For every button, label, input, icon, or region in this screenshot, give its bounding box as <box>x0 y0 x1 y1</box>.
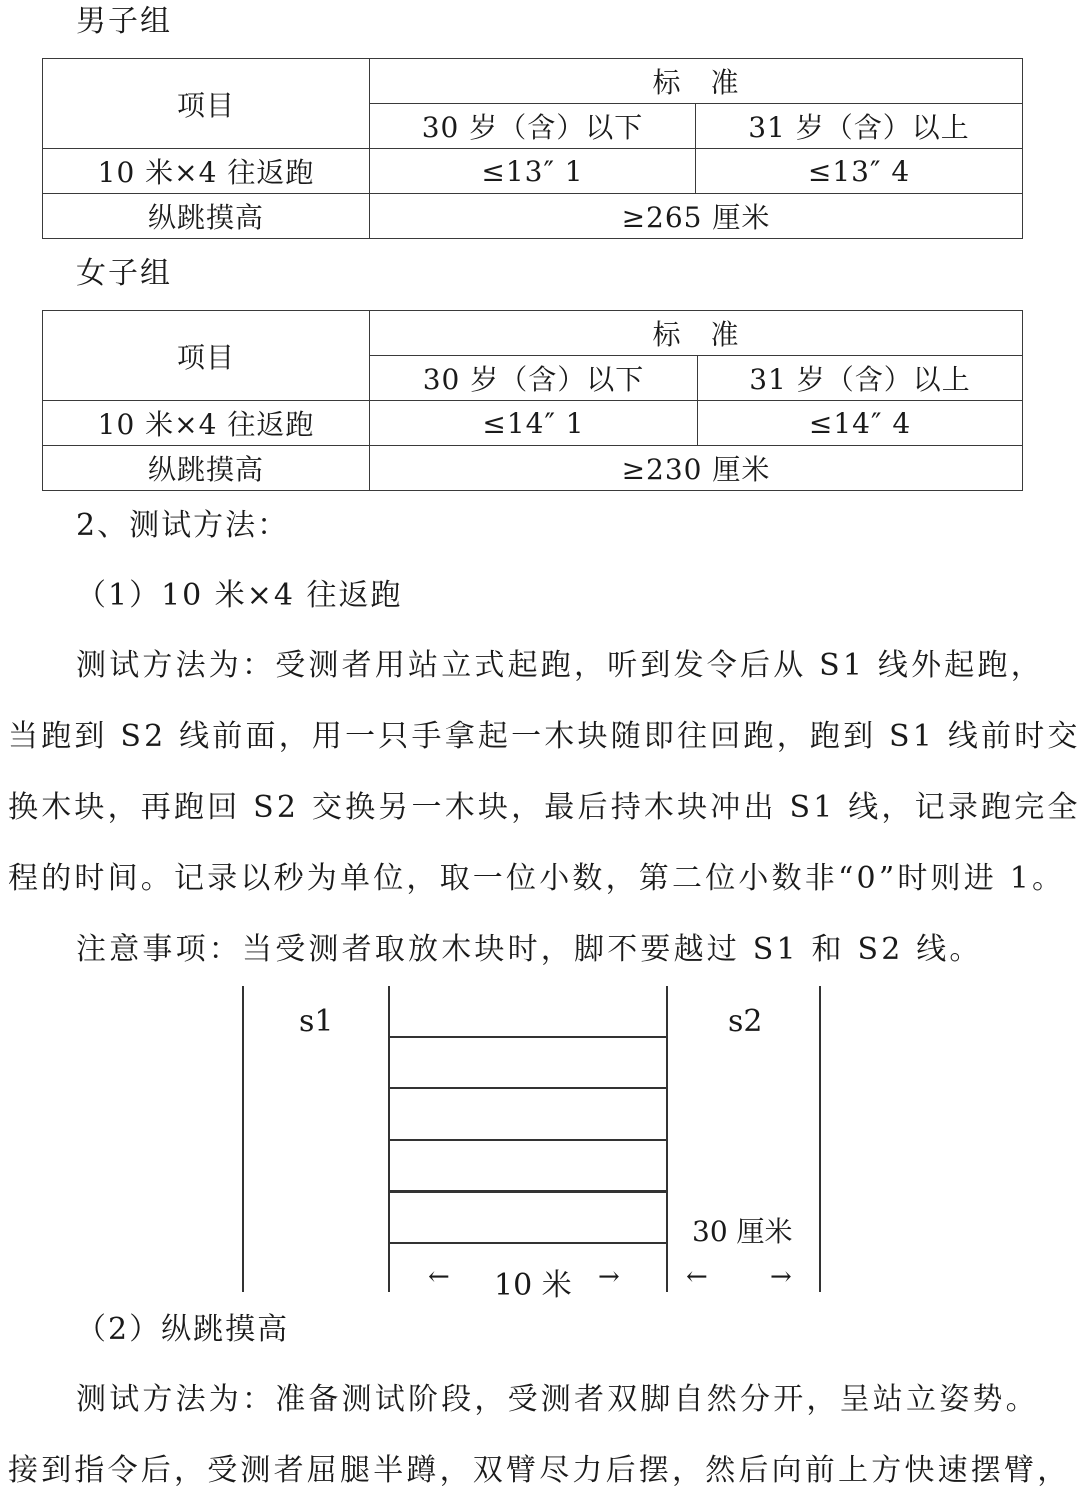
row-all: ≥230 厘米 <box>370 446 1023 491</box>
header-age-under30: 30 岁（含）以下 <box>370 104 696 149</box>
header-age-over31: 31 岁（含）以上 <box>698 356 1023 401</box>
row-over31: ≤13″ 4 <box>696 149 1023 194</box>
lane-line <box>388 1139 667 1141</box>
header-standard: 标 准 <box>370 59 1023 104</box>
male-standards-table: 项目 标 准 30 岁（含）以下 31 岁（含）以上 10 米×4 往返跑 ≤1… <box>42 58 1023 239</box>
lane-line <box>388 1087 667 1089</box>
table-row: 纵跳摸高 ≥265 厘米 <box>43 194 1023 239</box>
table-row: 纵跳摸高 ≥230 厘米 <box>43 446 1023 491</box>
header-item: 项目 <box>43 311 370 401</box>
s1-line <box>388 986 390 1292</box>
table-row: 10 米×4 往返跑 ≤13″ 1 ≤13″ 4 <box>43 149 1023 194</box>
row-item: 10 米×4 往返跑 <box>43 149 370 194</box>
row-over31: ≤14″ 4 <box>698 401 1023 446</box>
paragraph-line: 换木块，再跑回 S2 交换另一木块，最后持木块冲出 S1 线，记录跑完全 <box>8 788 1074 828</box>
lane-line <box>388 1036 667 1038</box>
table-row: 10 米×4 往返跑 ≤14″ 1 ≤14″ 4 <box>43 401 1023 446</box>
lane-line <box>388 1190 667 1193</box>
boundary-line-right <box>819 986 821 1292</box>
distance-10m-label: 10 米 <box>494 1260 572 1304</box>
arrow-left-icon: ← <box>428 1262 450 1292</box>
note-line: 注意事项：当受测者取放木块时，脚不要越过 S1 和 S2 线。 <box>76 930 1080 970</box>
arrow-right-icon: → <box>770 1262 792 1292</box>
distance-30cm-label: 30 厘米 <box>692 1210 793 1250</box>
female-group-title: 女子组 <box>76 254 172 294</box>
lane-line <box>388 1242 667 1244</box>
paragraph-line: 测试方法为：准备测试阶段，受测者双脚自然分开，呈站立姿势。 <box>76 1380 1080 1420</box>
female-standards-table: 项目 标 准 30 岁（含）以下 31 岁（含）以上 10 米×4 往返跑 ≤1… <box>42 310 1023 491</box>
male-group-title: 男子组 <box>76 2 172 42</box>
section-2-title: 2、测试方法： <box>76 506 289 546</box>
row-under30: ≤13″ 1 <box>370 149 696 194</box>
header-age-over31: 31 岁（含）以上 <box>696 104 1023 149</box>
subsection-2-title: （2）纵跳摸高 <box>76 1310 289 1350</box>
paragraph-line: 程的时间。记录以秒为单位，取一位小数，第二位小数非“0”时则进 1。 <box>8 859 1074 899</box>
boundary-line-left <box>242 986 244 1292</box>
subsection-1-title: （1）10 米×4 往返跑 <box>76 576 403 616</box>
row-item: 纵跳摸高 <box>43 446 370 491</box>
row-item: 10 米×4 往返跑 <box>43 401 370 446</box>
row-under30: ≤14″ 1 <box>370 401 698 446</box>
row-item: 纵跳摸高 <box>43 194 370 239</box>
arrow-right-icon: → <box>598 1262 620 1292</box>
s1-label: s1 <box>299 1004 333 1039</box>
paragraph-line: 接到指令后，受测者屈腿半蹲，双臂尽力后摆，然后向前上方快速摆臂， <box>8 1451 1074 1491</box>
paragraph-line: 测试方法为：受测者用站立式起跑，听到发令后从 S1 线外起跑， <box>76 646 1080 686</box>
arrow-left-icon: ← <box>686 1262 708 1292</box>
header-item: 项目 <box>43 59 370 149</box>
paragraph-line: 当跑到 S2 线前面，用一只手拿起一木块随即往回跑，跑到 S1 线前时交 <box>8 717 1074 757</box>
s2-label: s2 <box>728 1004 762 1039</box>
s2-line <box>666 986 668 1292</box>
row-all: ≥265 厘米 <box>370 194 1023 239</box>
header-standard: 标 准 <box>370 311 1023 356</box>
header-age-under30: 30 岁（含）以下 <box>370 356 698 401</box>
